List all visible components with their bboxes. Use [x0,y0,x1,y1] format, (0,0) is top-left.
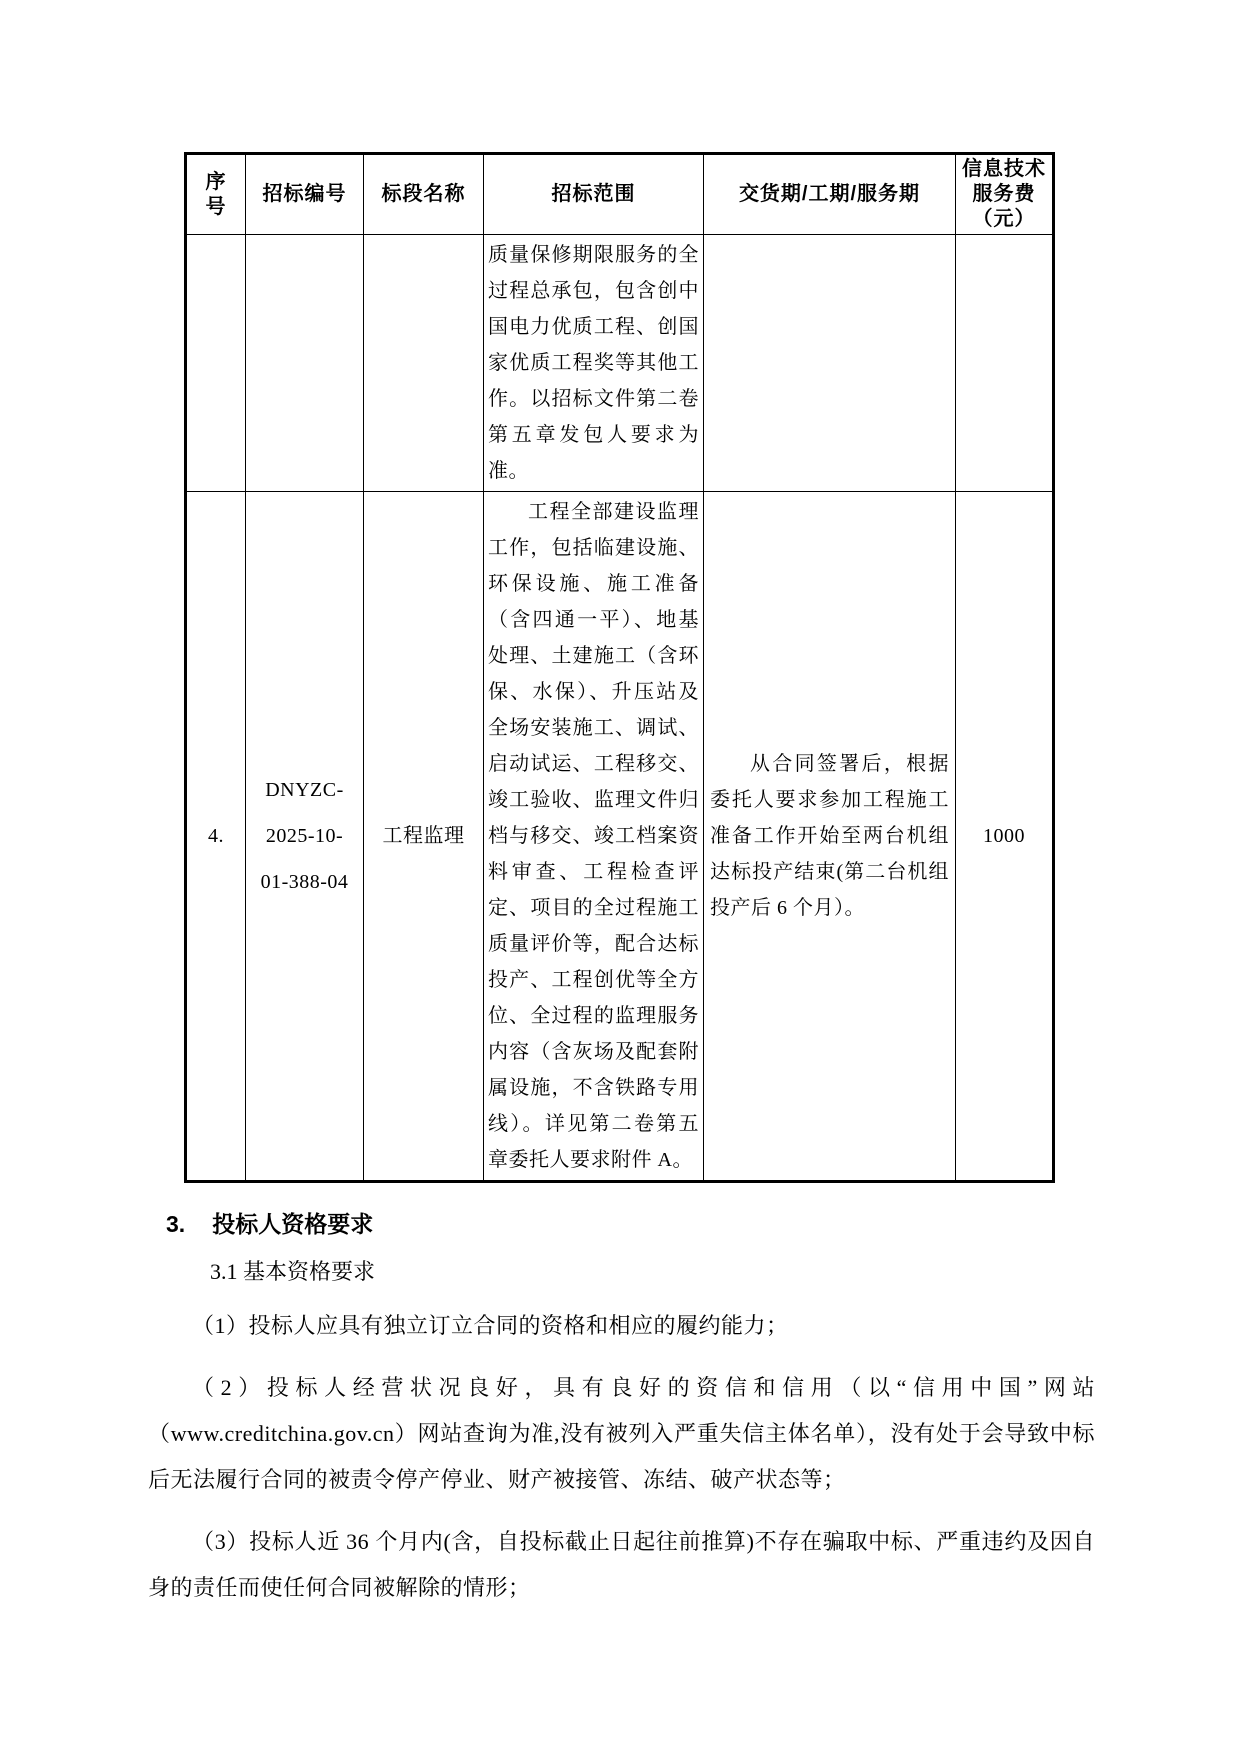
col-header-seq: 序 号 [186,154,246,235]
cell-seq-empty [186,235,246,492]
cell-scope: 工程全部建设监理工作，包括临建设施、环保设施、施工准备（含四通一平）、地基处理、… [484,492,704,1182]
section-3-number: 3. [166,1209,185,1239]
col-header-scope: 招标范围 [484,154,704,235]
col-header-period: 交货期/工期/服务期 [704,154,956,235]
paragraph-1: （1）投标人应具有独立订立合同的资格和相应的履约能力； [148,1303,1095,1349]
subsection-3-1-heading: 3.1 基本资格要求 [210,1257,1095,1287]
col-header-fee: 信息技术 服务费 （元） [956,154,1054,235]
section-3-heading: 3. 投标人资格要求 [166,1209,1095,1239]
cell-period-empty [704,235,956,492]
table-row-4: 4. DNYZC- 2025-10- 01-388-04 工程监理 工程全部建设… [186,492,1054,1182]
paragraph-2: （2）投标人经营状况良好，具有良好的资信和信用（以“信用中国”网站（www.cr… [148,1365,1095,1503]
cell-fee: 1000 [956,492,1054,1182]
section-3-title: 投标人资格要求 [212,1209,373,1239]
cell-tender-no-empty [246,235,364,492]
cell-tender-no: DNYZC- 2025-10- 01-388-04 [246,492,364,1182]
cell-period: 从合同签署后，根据委托人要求参加工程施工准备工作开始至两台机组达标投产结束(第二… [704,492,956,1182]
table-row-continuation: 质量保修期限服务的全过程总承包，包含创中国电力优质工程、创国家优质工程奖等其他工… [186,235,1054,492]
cell-scope-continuation: 质量保修期限服务的全过程总承包，包含创中国电力优质工程、创国家优质工程奖等其他工… [484,235,704,492]
tender-table: 序 号 招标编号 标段名称 招标范围 交货期/工期/服务期 信息技术 服务费 （… [184,152,1055,1183]
cell-section-name-empty [364,235,484,492]
col-header-section-name: 标段名称 [364,154,484,235]
paragraph-3: （3）投标人近 36 个月内(含，自投标截止日起往前推算)不存在骗取中标、严重违… [148,1519,1095,1611]
section-3: 3. 投标人资格要求 3.1 基本资格要求 （1）投标人应具有独立订立合同的资格… [0,1209,1240,1611]
page: 序 号 招标编号 标段名称 招标范围 交货期/工期/服务期 信息技术 服务费 （… [0,0,1240,1753]
cell-seq: 4. [186,492,246,1182]
cell-section-name: 工程监理 [364,492,484,1182]
table-header-row: 序 号 招标编号 标段名称 招标范围 交货期/工期/服务期 信息技术 服务费 （… [186,154,1054,235]
col-header-tender-no: 招标编号 [246,154,364,235]
cell-fee-empty [956,235,1054,492]
